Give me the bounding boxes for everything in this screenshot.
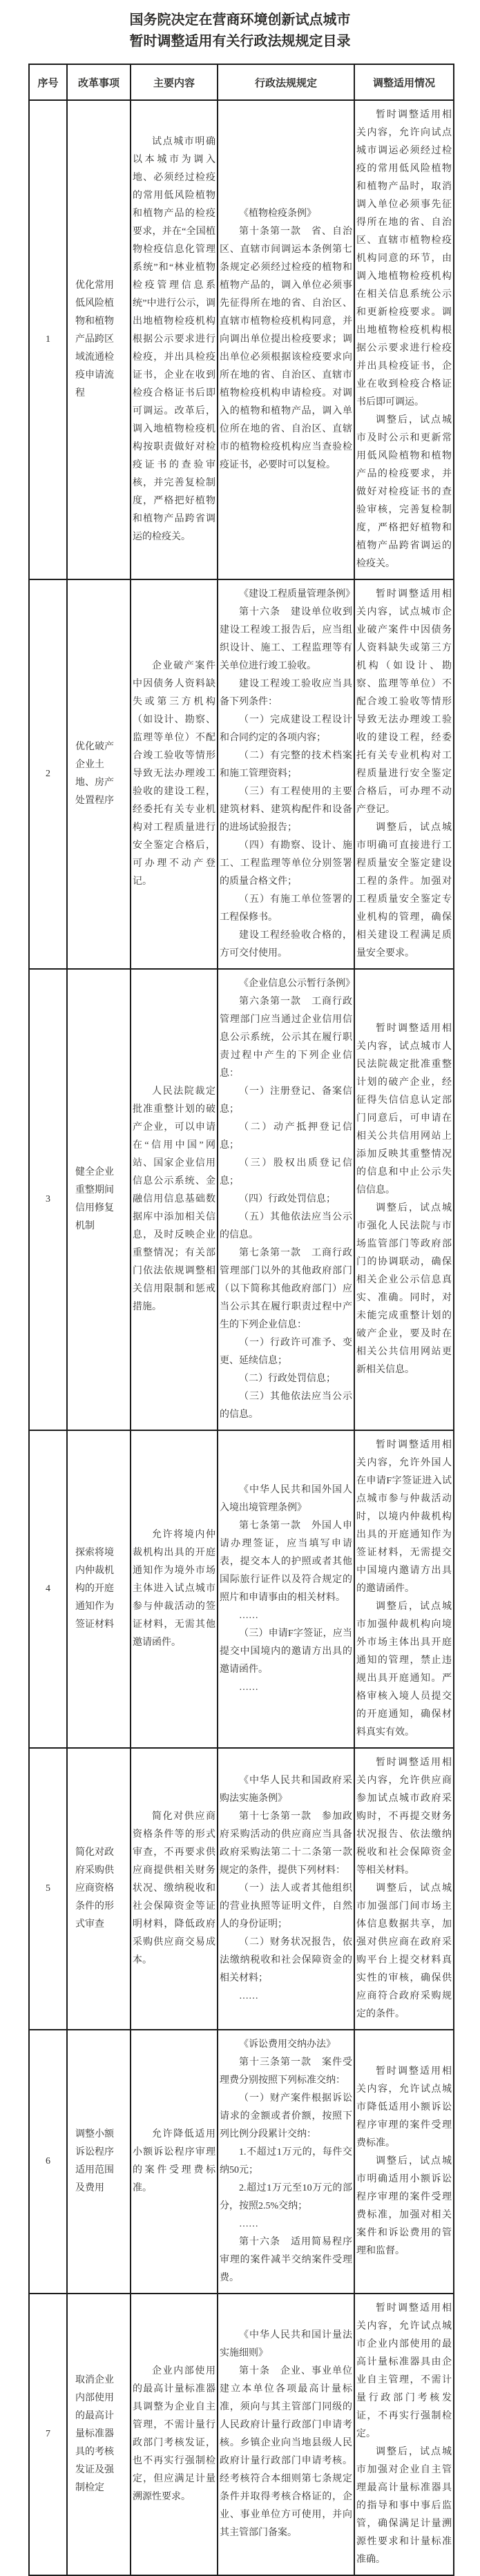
cell-regulation-provision-paragraph: 《中华人民共和国外国人入境出境管理条例》 [220, 1481, 352, 1517]
header-regulation-provision: 行政法规规定 [218, 64, 354, 100]
cell-regulation-provision-paragraph: 建设工程经验收合格的，方可交付使用。 [220, 927, 352, 963]
document-title: 国务院决定在营商环境创新试点城市 暂时调整适用有关行政法规规定目录 [0, 10, 480, 52]
cell-serial-number: 1 [29, 100, 67, 579]
cell-regulation-provision-paragraph: （五）有施工单位签署的工程保修书。 [220, 891, 352, 927]
header-reform-item: 改革事项 [67, 64, 131, 100]
cell-regulation-provision: 《植物检疫条例》第十条第一款 省、自治区、直辖市间调运本条例第七条规定必须经过检… [218, 100, 354, 579]
cell-main-content: 人民法院裁定批准重整计划的破产企业，可以申请在“信用中国”网站、国家企业信用信息… [131, 969, 218, 1430]
cell-adjustment-status-paragraph: 调整后，试点城市及时公示和更新常用低风险植物和植物产品的检疫要求，并做好对检疫证… [356, 412, 452, 573]
cell-regulation-provision-paragraph: （四）行政处罚信息； [220, 1191, 352, 1209]
table-row: 4探索将境内仲裁机构的开庭通知作为签证材料允许将境内仲裁机构出具的开庭通知作为境… [29, 1430, 454, 1748]
cell-regulation-provision-paragraph: 建设工程竣工验收应当具备下列条件： [220, 675, 352, 711]
cell-regulation-provision-paragraph: （三）股权出质登记信息； [220, 1155, 352, 1191]
cell-regulation-provision-paragraph: （二）行政处罚信息； [220, 1370, 352, 1388]
cell-regulation-provision-paragraph: 《企业信息公示暂行条例》 [220, 975, 352, 993]
cell-adjustment-status-paragraph: 暂时调整适用相关内容，允许外国人在申请F字签证进入试点城市参与仲裁活动时，以境内… [356, 1436, 452, 1598]
cell-adjustment-status-paragraph: 暂时调整适用相关内容，允许向试点城市调运必须经过检疫的常用低风险植物和植物产品时… [356, 106, 452, 412]
table-header-row: 序号 改革事项 主要内容 行政法规规定 调整适用情况 [29, 64, 454, 100]
document-title-line1: 国务院决定在营商环境创新试点城市 [0, 10, 480, 31]
cell-adjustment-status-paragraph: 暂时调整适用相关内容，试点城市人民法院裁定批准重整计划的破产企业，经征得失信信息… [356, 1020, 452, 1200]
cell-main-content: 允许将境内仲裁机构出具的开庭通知作为境外市场主体进入试点城市参与仲裁活动的签证材… [131, 1430, 218, 1748]
cell-adjustment-status-paragraph: 暂时调整适用相关内容，允许试点城市企业内部使用的最高计量标准器具由企业自主管理，… [356, 2300, 452, 2443]
cell-regulation-provision: 《诉讼费用交纳办法》第十三条第一款 案件受理费分别按照下列标准交纳：（一）财产案… [218, 2030, 354, 2294]
cell-main-content-paragraph: 企业内部使用的最高计量标准器具调整为企业自主管理，不需计量行政部门考核发证，也不… [133, 2363, 215, 2506]
cell-regulation-provision-paragraph: （一）法人或者其他组织的营业执照等证明文件，自然人的身份证明； [220, 1880, 352, 1934]
document-title-line2: 暂时调整适用有关行政法规规定目录 [0, 31, 480, 52]
table-row: 2优化破产企业土地、房产处置程序企业破产案件中因债务人资料缺失或第三方机构（如设… [29, 579, 454, 969]
cell-main-content-paragraph: 试点城市明确以本城市为调入地、必须经过检疫的常用低风险植物和植物产品的检疫要求，… [133, 133, 215, 546]
catalog-table-body: 1优化常用低风险植物和植物产品跨区域流通检疫申请流程试点城市明确以本城市为调入地… [29, 100, 454, 2575]
cell-regulation-provision-paragraph: …… [220, 1988, 352, 2006]
cell-regulation-provision-paragraph: （一）财产案件根据诉讼请求的金额或者价额，按照下列比例分段累计交纳： [220, 2090, 352, 2144]
cell-regulation-provision-paragraph: 第十六条 适用简易程序审理的案件减半交纳案件受理费。 [220, 2233, 352, 2287]
cell-main-content-paragraph: 简化对供应商资格条件等的形式审查，不再要求供应商提供相关财务状况、缴纳税收和社会… [133, 1808, 215, 1970]
cell-serial-number: 6 [29, 2030, 67, 2294]
cell-regulation-provision-paragraph: 《中华人民共和国计量法实施细则》 [220, 2327, 352, 2363]
cell-adjustment-status-paragraph: 调整后，试点城市加强部门间市场主体信息数据共享，加强对供应商在政府采购平台上提交… [356, 1880, 452, 2024]
cell-adjustment-status: 暂时调整适用相关内容，试点城市企业破产案件中因债务人资料缺失或第三方机构（如设计… [354, 579, 454, 969]
cell-main-content: 企业破产案件中因债务人资料缺失或第三方机构（如设计、勘察、监理等单位）不配合竣工… [131, 579, 218, 969]
cell-regulation-provision-paragraph: …… [220, 1607, 352, 1625]
cell-serial-number: 4 [29, 1430, 67, 1748]
cell-serial-number: 3 [29, 969, 67, 1430]
table-row: 6调整小额诉讼程序适用范围及费用允许降低适用小额诉讼程序审理的案件受理费标准。《… [29, 2030, 454, 2294]
cell-regulation-provision-paragraph: 第七条第一款 工商行政管理部门以外的其他政府部门（以下简称其他政府部门）应当公示… [220, 1244, 352, 1334]
cell-regulation-provision-paragraph: 第十六条 建设单位收到建设工程竣工报告后，应当组织设计、施工、工程监理等有关单位… [220, 604, 352, 675]
cell-regulation-provision: 《中华人民共和国计量法实施细则》第十条 企业、事业单位建立本单位各项最高计量标准… [218, 2294, 354, 2575]
cell-main-content-paragraph: 允许将境内仲裁机构出具的开庭通知作为境外市场主体进入试点城市参与仲裁活动的签证材… [133, 1526, 215, 1652]
header-adjustment-status: 调整适用情况 [354, 64, 454, 100]
cell-adjustment-status: 暂时调整适用相关内容，允许向试点城市调运必须经过检疫的常用低风险植物和植物产品时… [354, 100, 454, 579]
cell-reform-item: 探索将境内仲裁机构的开庭通知作为签证材料 [67, 1430, 131, 1748]
cell-adjustment-status-paragraph: 调整后，试点城市加强对企业自主管理最高计量标准器具的指导和事中事后监管，确保满足… [356, 2443, 452, 2569]
cell-regulation-provision-paragraph: （一）注册登记、备案信息； [220, 1083, 352, 1119]
cell-regulation-provision-paragraph: （一）行政许可准予、变更、延续信息； [220, 1334, 352, 1370]
cell-regulation-provision-paragraph: 第十条第一款 省、自治区、直辖市间调运本条例第七条规定必须经过检疫的植物和植物产… [220, 223, 352, 474]
cell-adjustment-status-paragraph: 暂时调整适用相关内容，允许试点城市降低适用小额诉讼程序审理的案件受理费标准。 [356, 2063, 452, 2153]
cell-regulation-provision-paragraph: 第十条 企业、事业单位建立本单位各项最高计量标准，须向与其主管部门同级的人民政府… [220, 2363, 352, 2542]
cell-regulation-provision-paragraph: 《诉讼费用交纳办法》 [220, 2036, 352, 2054]
cell-adjustment-status-paragraph: 调整后，试点城市加强仲裁机构向境外市场主体出具开庭通知的管理，禁止违规出具开庭通… [356, 1598, 452, 1742]
cell-regulation-provision: 《企业信息公示暂行条例》第六条第一款 工商行政管理部门应当通过企业信用信息公示系… [218, 969, 354, 1430]
cell-regulation-provision-paragraph: （五）其他依法应当公示的信息。 [220, 1209, 352, 1244]
cell-serial-number: 7 [29, 2294, 67, 2575]
cell-regulation-provision-paragraph: （二）有完整的技术档案和施工管理资料； [220, 747, 352, 783]
cell-regulation-provision-paragraph: 第十七条第一款 参加政府采购活动的供应商应当具备政府采购法第二十二条第一款规定的… [220, 1808, 352, 1880]
header-main-content: 主要内容 [131, 64, 218, 100]
cell-adjustment-status-paragraph: 调整后，试点城市明确可直接进行工程质量安全鉴定建设工程的条件。加强对工程质量安全… [356, 819, 452, 963]
cell-main-content-paragraph: 企业破产案件中因债务人资料缺失或第三方机构（如设计、勘察、监理等单位）不配合竣工… [133, 657, 215, 891]
cell-main-content-paragraph: 允许降低适用小额诉讼程序审理的案件受理费标准。 [133, 2126, 215, 2198]
cell-regulation-provision-paragraph: 1.不超过1万元的，每件交纳50元； [220, 2144, 352, 2180]
cell-regulation-provision-paragraph: （二）动产抵押登记信息； [220, 1119, 352, 1155]
cell-regulation-provision-paragraph: （一）完成建设工程设计和合同约定的各项内容； [220, 711, 352, 747]
cell-adjustment-status: 暂时调整适用相关内容，试点城市人民法院裁定批准重整计划的破产企业，经征得失信信息… [354, 969, 454, 1430]
cell-regulation-provision: 《建设工程质量管理条例》第十六条 建设单位收到建设工程竣工报告后，应当组织设计、… [218, 579, 354, 969]
cell-regulation-provision: 《中华人民共和国政府采购法实施条例》第十七条第一款 参加政府采购活动的供应商应当… [218, 1748, 354, 2030]
cell-reform-item: 优化常用低风险植物和植物产品跨区域流通检疫申请流程 [67, 100, 131, 579]
cell-main-content: 允许降低适用小额诉讼程序审理的案件受理费标准。 [131, 2030, 218, 2294]
cell-regulation-provision-paragraph: 第六条第一款 工商行政管理部门应当通过企业信用信息公示系统，公示其在履行职责过程… [220, 993, 352, 1083]
cell-reform-item: 优化破产企业土地、房产处置程序 [67, 579, 131, 969]
cell-regulation-provision-paragraph: …… [220, 1679, 352, 1697]
cell-main-content-paragraph: 人民法院裁定批准重整计划的破产企业，可以申请在“信用中国”网站、国家企业信用信息… [133, 1083, 215, 1316]
cell-reform-item: 取消企业内部使用的最高计量标准器具的考核发证及强制检定 [67, 2294, 131, 2575]
cell-adjustment-status-paragraph: 暂时调整适用相关内容，试点城市企业破产案件中因债务人资料缺失或第三方机构（如设计… [356, 586, 452, 819]
cell-adjustment-status: 暂时调整适用相关内容，允许供应商参加试点城市政府采购时，不再提交财务状况报告、依… [354, 1748, 454, 2030]
cell-main-content: 试点城市明确以本城市为调入地、必须经过检疫的常用低风险植物和植物产品的检疫要求，… [131, 100, 218, 579]
cell-adjustment-status: 暂时调整适用相关内容，允许外国人在申请F字签证进入试点城市参与仲裁活动时，以境内… [354, 1430, 454, 1748]
cell-regulation-provision-paragraph: （三）申请F字签证，应当提交中国境内的邀请方出具的邀请函件。 [220, 1625, 352, 1679]
cell-regulation-provision-paragraph: 第十三条第一款 案件受理费分别按照下列标准交纳： [220, 2054, 352, 2090]
cell-regulation-provision: 《中华人民共和国外国人入境出境管理条例》第七条第一款 外国人申请办理签证，应当填… [218, 1430, 354, 1748]
cell-adjustment-status: 暂时调整适用相关内容，允许试点城市企业内部使用的最高计量标准器具由企业自主管理，… [354, 2294, 454, 2575]
cell-main-content: 企业内部使用的最高计量标准器具调整为企业自主管理，不需计量行政部门考核发证，也不… [131, 2294, 218, 2575]
cell-regulation-provision-paragraph: （三）其他依法应当公示的信息。 [220, 1388, 352, 1424]
cell-adjustment-status: 暂时调整适用相关内容，允许试点城市降低适用小额诉讼程序审理的案件受理费标准。调整… [354, 2030, 454, 2294]
cell-reform-item: 调整小额诉讼程序适用范围及费用 [67, 2030, 131, 2294]
cell-reform-item: 健全企业重整期间信用修复机制 [67, 969, 131, 1430]
table-row: 5简化对政府采购供应商资格条件的形式审查简化对供应商资格条件等的形式审查，不再要… [29, 1748, 454, 2030]
cell-serial-number: 2 [29, 579, 67, 969]
table-row: 3健全企业重整期间信用修复机制人民法院裁定批准重整计划的破产企业，可以申请在“信… [29, 969, 454, 1430]
regulation-adjustment-catalog-table: 序号 改革事项 主要内容 行政法规规定 调整适用情况 1优化常用低风险植物和植物… [28, 64, 454, 2576]
cell-regulation-provision-paragraph: 2.超过1万元至10万元的部分，按照2.5%交纳； [220, 2180, 352, 2215]
table-row: 1优化常用低风险植物和植物产品跨区域流通检疫申请流程试点城市明确以本城市为调入地… [29, 100, 454, 579]
cell-adjustment-status-paragraph: 暂时调整适用相关内容，允许供应商参加试点城市政府采购时，不再提交财务状况报告、依… [356, 1754, 452, 1880]
cell-regulation-provision-paragraph: 第七条第一款 外国人申请办理签证，应当填写申请表，提交本人的护照或者其他国际旅行… [220, 1517, 352, 1607]
table-row: 7取消企业内部使用的最高计量标准器具的考核发证及强制检定企业内部使用的最高计量标… [29, 2294, 454, 2575]
cell-regulation-provision-paragraph: （二）财务状况报告，依法缴纳税收和社会保障资金的相关材料； [220, 1934, 352, 1988]
header-serial-number: 序号 [29, 64, 67, 100]
cell-regulation-provision-paragraph: 《植物检疫条例》 [220, 205, 352, 223]
cell-reform-item: 简化对政府采购供应商资格条件的形式审查 [67, 1748, 131, 2030]
cell-adjustment-status-paragraph: 调整后，试点城市明确适用小额诉讼程序审理的案件受理费标准，加强对相关案件和诉讼费… [356, 2153, 452, 2260]
cell-regulation-provision-paragraph: …… [220, 2215, 352, 2233]
cell-serial-number: 5 [29, 1748, 67, 2030]
cell-regulation-provision-paragraph: （四）有勘察、设计、施工、工程监理等单位分别签署的质量合格文件； [220, 837, 352, 891]
cell-regulation-provision-paragraph: （三）有工程使用的主要建筑材料、建筑构配件和设备的进场试验报告； [220, 783, 352, 837]
cell-adjustment-status-paragraph: 调整后，试点城市强化人民法院与市场监管部门等政府部门的协调联动，确保相关企业公示… [356, 1200, 452, 1379]
cell-regulation-provision-paragraph: 《中华人民共和国政府采购法实施条例》 [220, 1772, 352, 1808]
cell-regulation-provision-paragraph: 《建设工程质量管理条例》 [220, 586, 352, 604]
cell-main-content: 简化对供应商资格条件等的形式审查，不再要求供应商提供相关财务状况、缴纳税收和社会… [131, 1748, 218, 2030]
